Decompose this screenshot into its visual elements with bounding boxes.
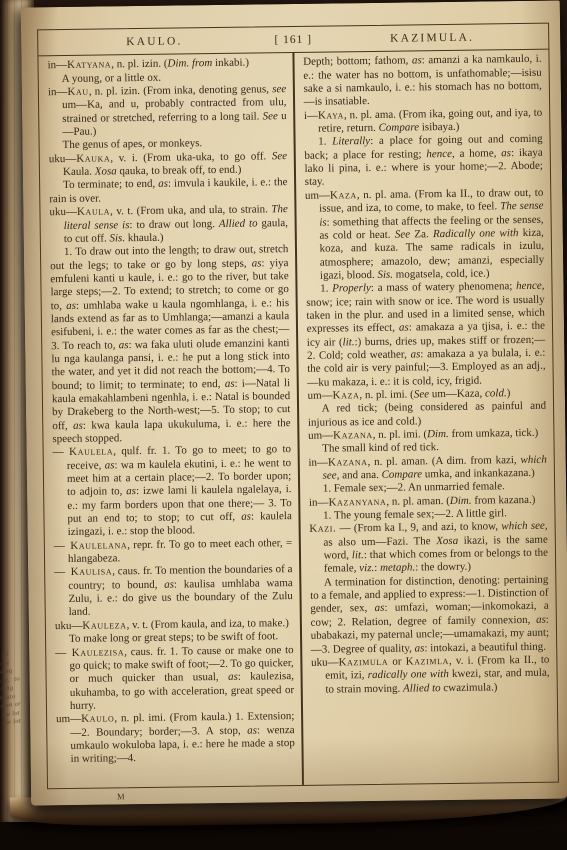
header-left-word: KAULO. bbox=[38, 34, 270, 49]
entry-kaulo: um—Kaulo, n. pl. imi. (From kaula.) 1. E… bbox=[56, 710, 295, 766]
photo-of-book: { "header": { "left": "KAULO.", "page_nu… bbox=[0, 0, 567, 850]
dictionary-paragraph: 1. To draw out into the length; to draw … bbox=[50, 243, 291, 446]
book-page: KAULO. [ 161 ] KAZIMULA. in—Katyana, n. … bbox=[21, 1, 567, 806]
entry-kaya: i—Kaya, n. pl. ama. (From ika, going out… bbox=[304, 107, 543, 137]
text-columns: in—Katyana, n. pl. izin. (Dim. from inka… bbox=[38, 49, 558, 788]
signature-mark: M bbox=[117, 791, 126, 801]
entry-kaula: uku—Kaula, v. t. (From uka, and ula, to … bbox=[49, 203, 288, 246]
dictionary-paragraph: To terminate; to end, as: imvula i kauki… bbox=[49, 177, 288, 207]
dictionary-paragraph: A termination for distinction, denoting:… bbox=[310, 574, 549, 657]
entry-kaulisa: — Kaulisa, caus. fr. To mention the boun… bbox=[54, 564, 293, 620]
entry-kazi: Kazi. — (From ka I., 9, and azi, to know… bbox=[309, 520, 548, 576]
dictionary-paragraph: 1. Properly: a mass of watery phenomena;… bbox=[306, 280, 546, 390]
entry-kaulelana: — Kaulelana, repr. fr. To go to meet eac… bbox=[54, 537, 293, 567]
entry-kaza: um—Kaza, n. pl. ama. (From ka II., to dr… bbox=[305, 187, 545, 284]
right-column: Depth; bottom; fathom, as: amanzi a ka n… bbox=[294, 49, 558, 785]
page-number: [ 161 ] bbox=[270, 33, 316, 46]
entry-kauka: uku—Kauka, v. i. (From uka-uka, to go of… bbox=[49, 150, 288, 180]
header-right-word: KAZIMULA. bbox=[316, 30, 548, 45]
entry-kazana: in—Kazana, n. pl. aman. (A dim. from kaz… bbox=[308, 453, 547, 483]
printed-frame: KAULO. [ 161 ] KAZIMULA. in—Katyana, n. … bbox=[37, 23, 559, 790]
dictionary-paragraph: Depth; bottom; fathom, as: amanzi a ka n… bbox=[303, 53, 542, 109]
dictionary-paragraph: A red tick; (being considered as painful… bbox=[308, 400, 547, 430]
entry-kau: in—Kau, n. pl. izin. (From inka, denotin… bbox=[48, 83, 287, 139]
entry-kaulezisa: — Kaulezisa, caus. fr. 1. To cause or ma… bbox=[55, 644, 294, 714]
entry-kaulela: — Kaulela, qulf. fr. 1. To go to meet; t… bbox=[53, 443, 293, 540]
left-column: in—Katyana, n. pl. izin. (Dim. from inka… bbox=[38, 52, 302, 788]
dictionary-paragraph: 1. Literally: a place for going out and … bbox=[304, 133, 543, 189]
entry-kazimula: uku—Kazimula or Kazimla, v. i. (From ka … bbox=[311, 654, 550, 697]
